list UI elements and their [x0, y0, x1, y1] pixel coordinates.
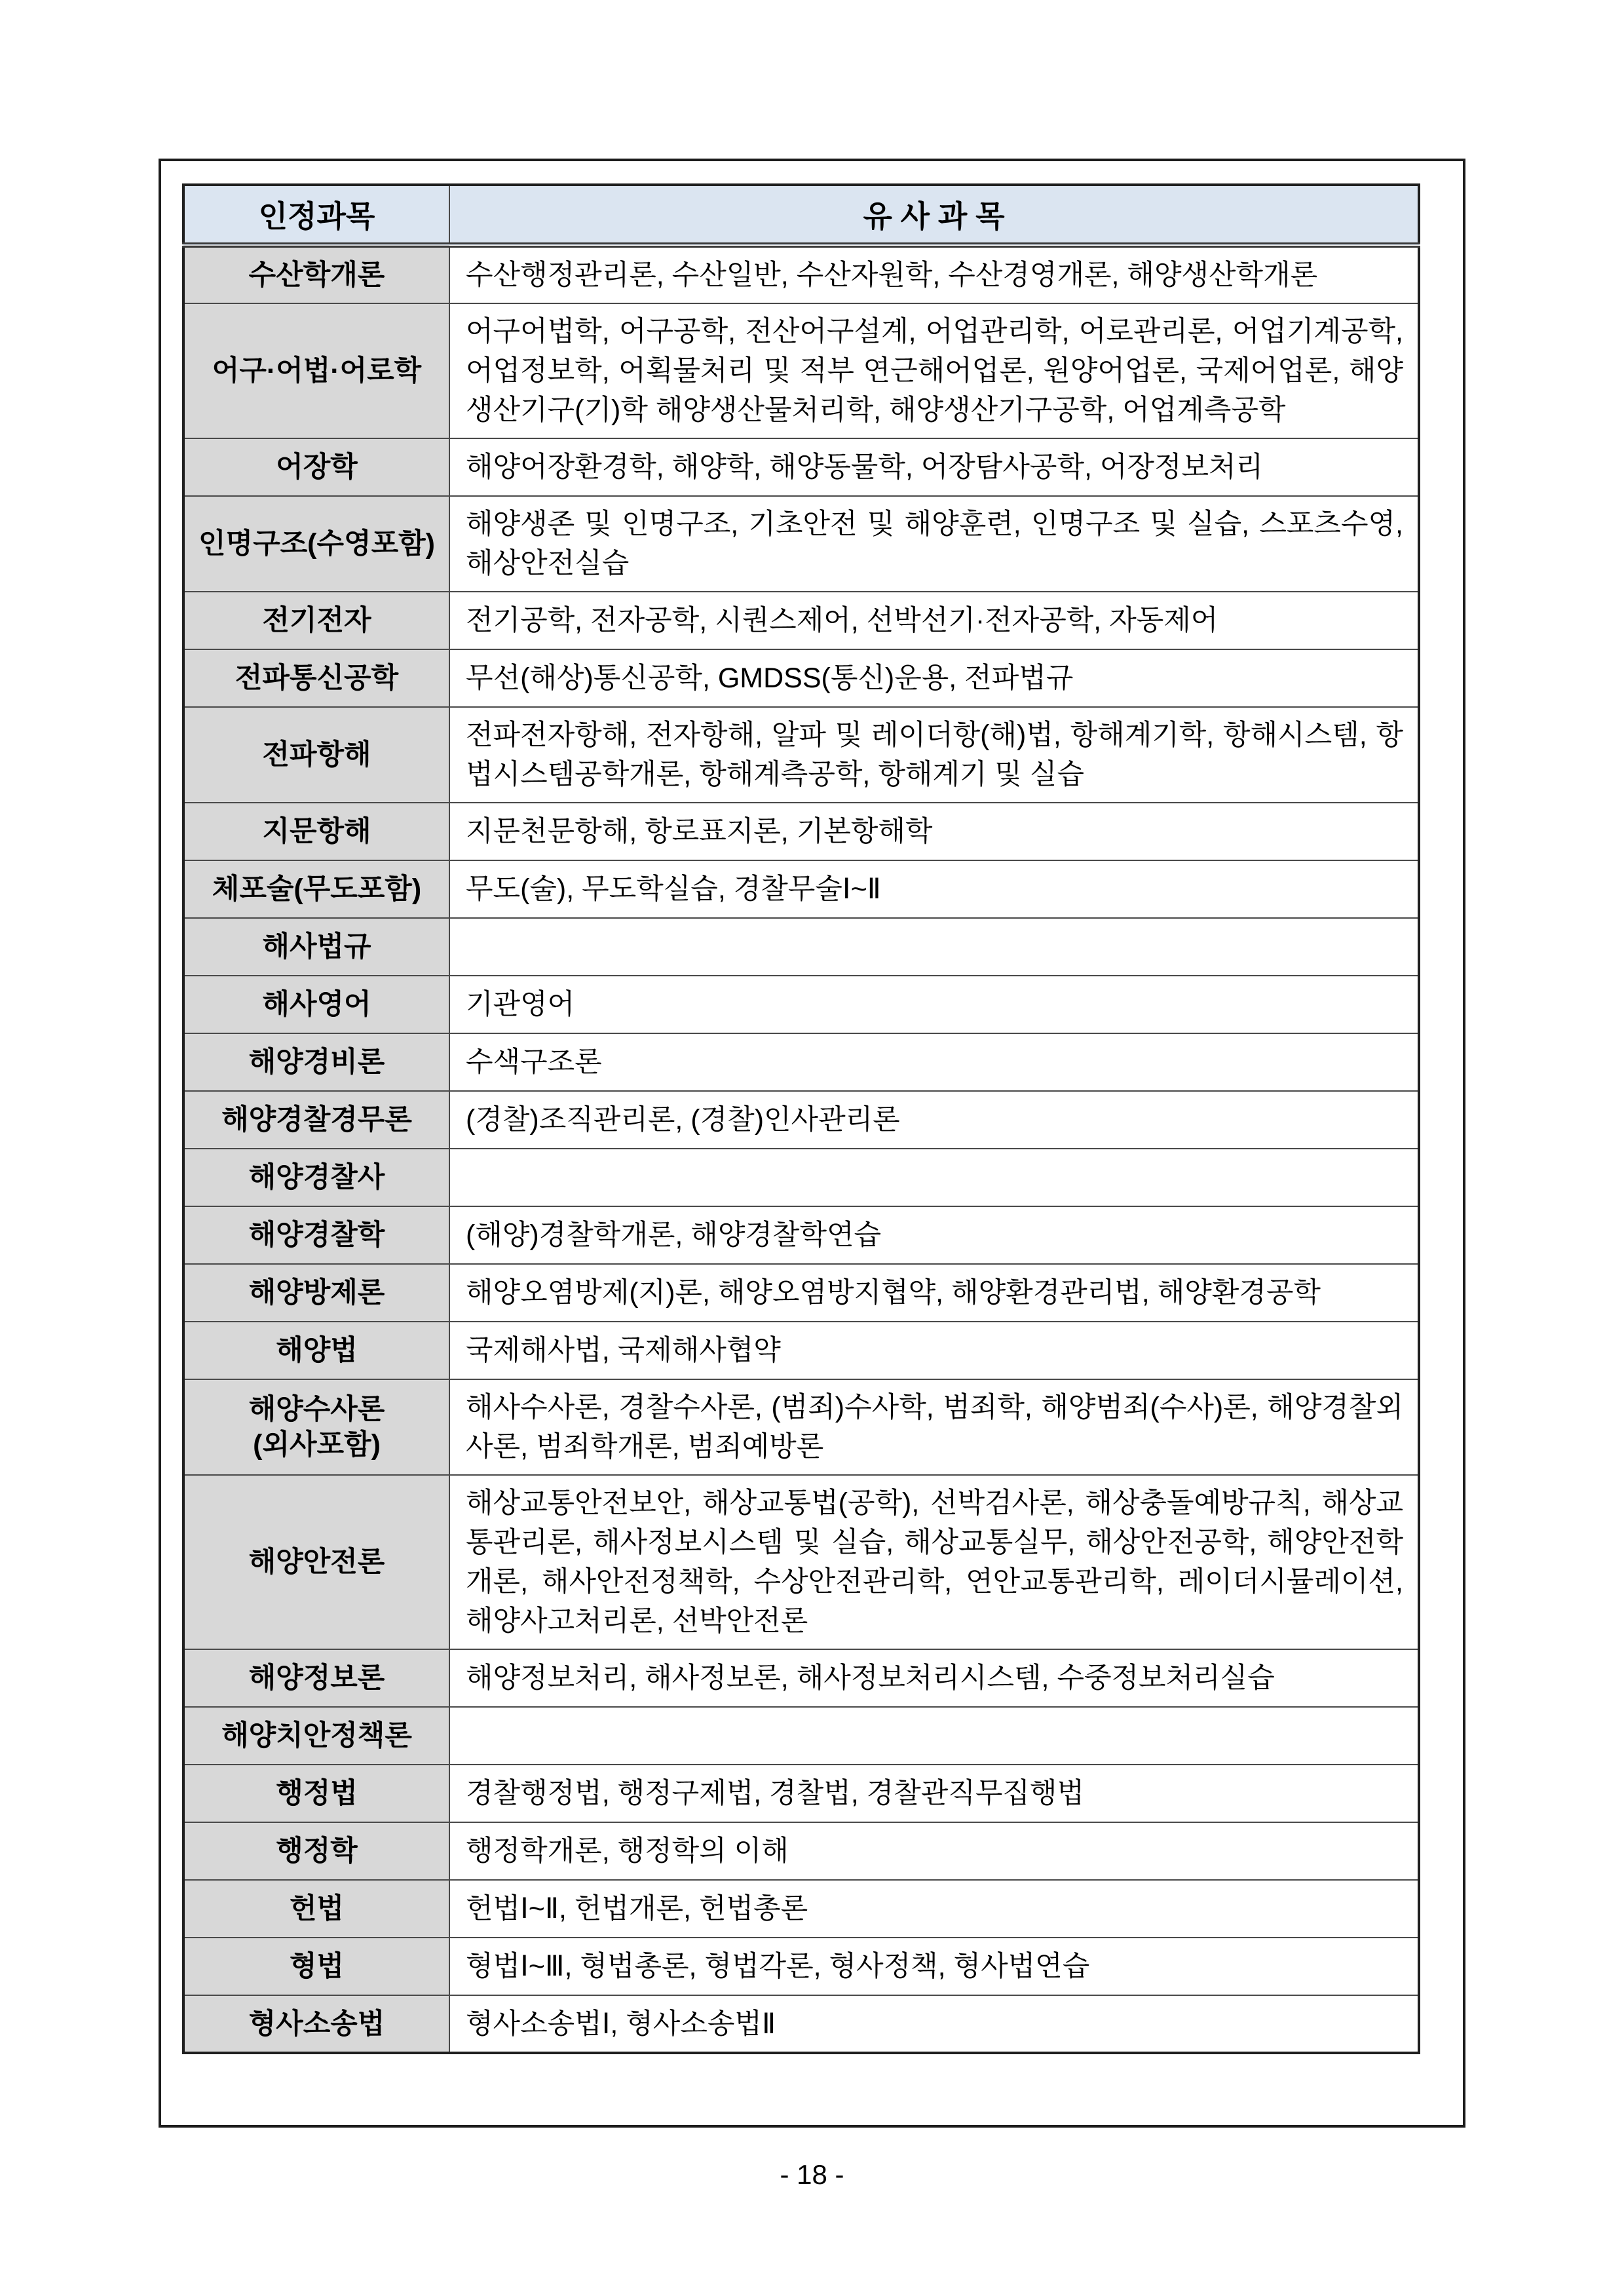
similar-subjects-cell — [449, 1707, 1419, 1765]
table-row: 전기전자전기공학, 전자공학, 시퀀스제어, 선박선기·전자공학, 자동제어 — [183, 592, 1419, 649]
subject-cell: 어구·어법·어로학 — [183, 303, 449, 438]
subject-cell: 전파항해 — [183, 707, 449, 803]
similar-subjects-cell: 전기공학, 전자공학, 시퀀스제어, 선박선기·전자공학, 자동제어 — [449, 592, 1419, 649]
similar-subjects-cell: 해사수사론, 경찰수사론, (범죄)수사학, 범죄학, 해양범죄(수사)론, 해… — [449, 1379, 1419, 1475]
table-row: 해양법국제해사법, 국제해사협약 — [183, 1322, 1419, 1379]
page-number: - 18 - — [0, 2159, 1624, 2191]
table-row: 전파항해전파전자항해, 전자항해, 알파 및 레이더항(해)법, 항해계기학, … — [183, 707, 1419, 803]
table-row: 해양수사론 (외사포함)해사수사론, 경찰수사론, (범죄)수사학, 범죄학, … — [183, 1379, 1419, 1475]
similar-subjects-cell: 해양어장환경학, 해양학, 해양동물학, 어장탐사공학, 어장정보처리 — [449, 438, 1419, 496]
table-row: 해양안전론해상교통안전보안, 해상교통법(공학), 선박검사론, 해상충돌예방규… — [183, 1475, 1419, 1649]
similar-subjects-cell: 해양생존 및 인명구조, 기초안전 및 해양훈련, 인명구조 및 실습, 스포츠… — [449, 496, 1419, 592]
subject-cell: 해사법규 — [183, 918, 449, 976]
subject-cell: 어장학 — [183, 438, 449, 496]
table-row: 헌법헌법Ⅰ~Ⅱ, 헌법개론, 헌법총론 — [183, 1880, 1419, 1938]
table-row: 어구·어법·어로학어구어법학, 어구공학, 전산어구설계, 어업관리학, 어로관… — [183, 303, 1419, 438]
subject-cell: 해양법 — [183, 1322, 449, 1379]
table-body: 수산학개론수산행정관리론, 수산일반, 수산자원학, 수산경영개론, 해양생산학… — [183, 245, 1419, 2053]
similar-subjects-cell: 해양오염방제(지)론, 해양오염방지협약, 해양환경관리법, 해양환경공학 — [449, 1264, 1419, 1322]
subject-cell: 해양치안정책론 — [183, 1707, 449, 1765]
table-row: 형법형법Ⅰ~Ⅲ, 형법총론, 형법각론, 형사정책, 형사법연습 — [183, 1938, 1419, 1995]
similar-subjects-cell: 헌법Ⅰ~Ⅱ, 헌법개론, 헌법총론 — [449, 1880, 1419, 1938]
table-row: 해양방제론해양오염방제(지)론, 해양오염방지협약, 해양환경관리법, 해양환경… — [183, 1264, 1419, 1322]
table-row: 해양경비론수색구조론 — [183, 1033, 1419, 1091]
table-row: 해사법규 — [183, 918, 1419, 976]
table-row: 수산학개론수산행정관리론, 수산일반, 수산자원학, 수산경영개론, 해양생산학… — [183, 245, 1419, 303]
similar-subjects-cell: (해양)경찰학개론, 해양경찰학연습 — [449, 1206, 1419, 1264]
subject-cell: 해양경비론 — [183, 1033, 449, 1091]
subject-cell: 해사영어 — [183, 976, 449, 1033]
subject-cell: 전기전자 — [183, 592, 449, 649]
similar-subjects-cell: 해상교통안전보안, 해상교통법(공학), 선박검사론, 해상충돌예방규칙, 해상… — [449, 1475, 1419, 1649]
page-border-frame: 인정과목 유 사 과 목 수산학개론수산행정관리론, 수산일반, 수산자원학, … — [159, 159, 1465, 2128]
subject-cell: 전파통신공학 — [183, 649, 449, 707]
subject-cell: 체포술(무도포함) — [183, 860, 449, 918]
subject-cell: 수산학개론 — [183, 245, 449, 303]
subject-cell: 해양수사론 (외사포함) — [183, 1379, 449, 1475]
header-row: 인정과목 유 사 과 목 — [183, 185, 1419, 245]
subject-cell: 해양안전론 — [183, 1475, 449, 1649]
similar-subjects-cell: 형사소송법Ⅰ, 형사소송법Ⅱ — [449, 1995, 1419, 2053]
similar-subjects-cell: 기관영어 — [449, 976, 1419, 1033]
similar-subjects-cell — [449, 1149, 1419, 1206]
subject-cell: 해양방제론 — [183, 1264, 449, 1322]
similar-subjects-cell: 전파전자항해, 전자항해, 알파 및 레이더항(해)법, 항해계기학, 항해시스… — [449, 707, 1419, 803]
column-header-similar-subjects: 유 사 과 목 — [449, 185, 1419, 245]
similar-subjects-cell: 행정학개론, 행정학의 이해 — [449, 1822, 1419, 1880]
subject-cell: 해양경찰경무론 — [183, 1091, 449, 1149]
subject-cell: 행정학 — [183, 1822, 449, 1880]
similar-subjects-cell: 경찰행정법, 행정구제법, 경찰법, 경찰관직무집행법 — [449, 1765, 1419, 1822]
table-row: 해양치안정책론 — [183, 1707, 1419, 1765]
table-row: 행정법경찰행정법, 행정구제법, 경찰법, 경찰관직무집행법 — [183, 1765, 1419, 1822]
table-header: 인정과목 유 사 과 목 — [183, 185, 1419, 245]
similar-subjects-cell: 무선(해상)통신공학, GMDSS(통신)운용, 전파법규 — [449, 649, 1419, 707]
similar-subjects-cell — [449, 918, 1419, 976]
similar-subjects-cell: 어구어법학, 어구공학, 전산어구설계, 어업관리학, 어로관리론, 어업기계공… — [449, 303, 1419, 438]
subject-cell: 형법 — [183, 1938, 449, 1995]
table-row: 해사영어기관영어 — [183, 976, 1419, 1033]
subject-cell: 해양경찰학 — [183, 1206, 449, 1264]
table-row: 체포술(무도포함)무도(술), 무도학실습, 경찰무술Ⅰ~Ⅱ — [183, 860, 1419, 918]
similar-subjects-cell: 해양정보처리, 해사정보론, 해사정보처리시스템, 수중정보처리실습 — [449, 1649, 1419, 1707]
similar-subjects-cell: 지문천문항해, 항로표지론, 기본항해학 — [449, 803, 1419, 860]
subjects-table: 인정과목 유 사 과 목 수산학개론수산행정관리론, 수산일반, 수산자원학, … — [182, 183, 1420, 2054]
document-page: 인정과목 유 사 과 목 수산학개론수산행정관리론, 수산일반, 수산자원학, … — [0, 0, 1624, 2296]
table-row: 지문항해지문천문항해, 항로표지론, 기본항해학 — [183, 803, 1419, 860]
table-row: 해양경찰사 — [183, 1149, 1419, 1206]
subject-cell: 행정법 — [183, 1765, 449, 1822]
subject-cell: 지문항해 — [183, 803, 449, 860]
table-row: 형사소송법형사소송법Ⅰ, 형사소송법Ⅱ — [183, 1995, 1419, 2053]
table-row: 행정학행정학개론, 행정학의 이해 — [183, 1822, 1419, 1880]
table-row: 인명구조(수영포함)해양생존 및 인명구조, 기초안전 및 해양훈련, 인명구조… — [183, 496, 1419, 592]
subject-cell: 헌법 — [183, 1880, 449, 1938]
table-row: 해양경찰경무론(경찰)조직관리론, (경찰)인사관리론 — [183, 1091, 1419, 1149]
table-row: 어장학해양어장환경학, 해양학, 해양동물학, 어장탐사공학, 어장정보처리 — [183, 438, 1419, 496]
similar-subjects-cell: 무도(술), 무도학실습, 경찰무술Ⅰ~Ⅱ — [449, 860, 1419, 918]
subject-cell: 해양정보론 — [183, 1649, 449, 1707]
similar-subjects-cell: 국제해사법, 국제해사협약 — [449, 1322, 1419, 1379]
similar-subjects-cell: (경찰)조직관리론, (경찰)인사관리론 — [449, 1091, 1419, 1149]
table-row: 해양경찰학(해양)경찰학개론, 해양경찰학연습 — [183, 1206, 1419, 1264]
subject-cell: 해양경찰사 — [183, 1149, 449, 1206]
similar-subjects-cell: 수색구조론 — [449, 1033, 1419, 1091]
column-header-recognized-subject: 인정과목 — [183, 185, 449, 245]
similar-subjects-cell: 수산행정관리론, 수산일반, 수산자원학, 수산경영개론, 해양생산학개론 — [449, 245, 1419, 303]
similar-subjects-cell: 형법Ⅰ~Ⅲ, 형법총론, 형법각론, 형사정책, 형사법연습 — [449, 1938, 1419, 1995]
subject-cell: 형사소송법 — [183, 1995, 449, 2053]
table-row: 전파통신공학무선(해상)통신공학, GMDSS(통신)운용, 전파법규 — [183, 649, 1419, 707]
subject-cell: 인명구조(수영포함) — [183, 496, 449, 592]
table-row: 해양정보론해양정보처리, 해사정보론, 해사정보처리시스템, 수중정보처리실습 — [183, 1649, 1419, 1707]
